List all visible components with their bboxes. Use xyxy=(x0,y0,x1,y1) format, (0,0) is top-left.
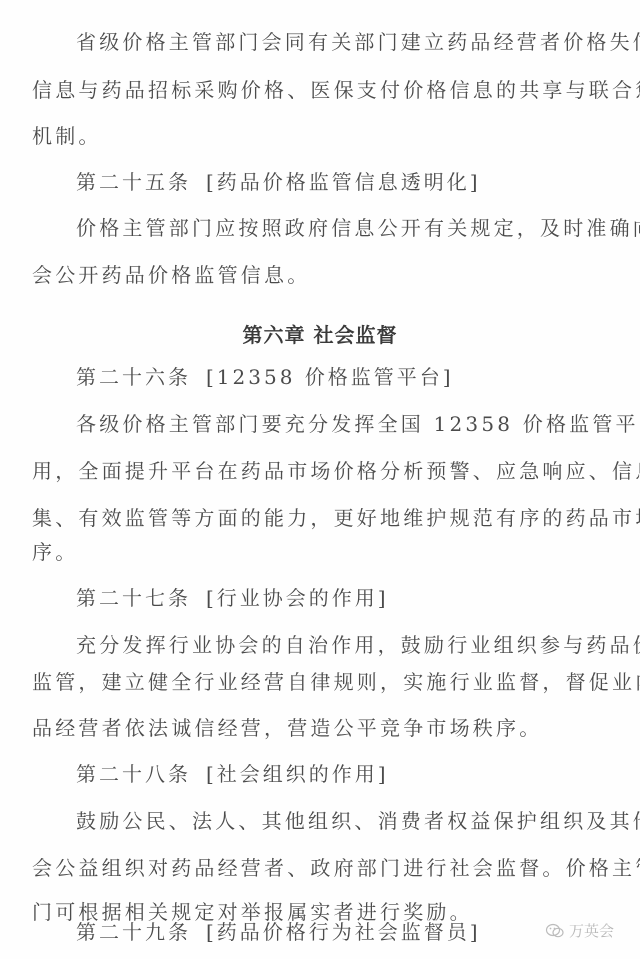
article-title: [药品价格行为社会监督员] xyxy=(206,920,481,944)
article-25-heading: 第二十五条[药品价格监管信息透明化] xyxy=(76,170,481,194)
paragraph-line: 监管，建立健全行业经营自律规则，实施行业监督，督促业内药 xyxy=(32,670,640,694)
article-27-heading: 第二十七条[行业协会的作用] xyxy=(76,586,389,610)
wechat-icon xyxy=(545,923,565,939)
article-28-heading: 第二十八条[社会组织的作用] xyxy=(76,762,389,786)
article-title: [行业协会的作用] xyxy=(206,586,389,610)
article-number: 第二十七条 xyxy=(76,586,206,610)
paragraph-line: 鼓励公民、法人、其他组织、消费者权益保护组织及其他社 xyxy=(76,809,640,833)
article-26-heading: 第二十六条[12358 价格监管平台] xyxy=(76,365,454,389)
article-number: 第二十九条 xyxy=(76,920,206,944)
paragraph-line: 品经营者依法诚信经营，营造公平竞争市场秩序。 xyxy=(32,716,542,740)
paragraph-line: 序。 xyxy=(32,540,78,564)
paragraph-line: 集、有效监管等方面的能力，更好地维护规范有序的药品市场秩 xyxy=(32,506,640,530)
paragraph-line: 会公益组织对药品经营者、政府部门进行社会监督。价格主管部 xyxy=(32,856,640,880)
paragraph-line: 充分发挥行业协会的自治作用，鼓励行业组织参与药品价格 xyxy=(76,633,640,657)
article-title: [社会组织的作用] xyxy=(206,762,389,786)
chapter-title: 第六章 社会监督 xyxy=(0,323,640,347)
paragraph-line: 机制。 xyxy=(32,124,102,148)
paragraph-line: 价格主管部门应按照政府信息公开有关规定，及时准确向社 xyxy=(76,216,640,240)
paragraph-line: 会公开药品价格监管信息。 xyxy=(32,263,310,287)
paragraph-line: 信息与药品招标采购价格、医保支付价格信息的共享与联合惩戒 xyxy=(32,78,640,102)
article-title: [12358 价格监管平台] xyxy=(206,365,454,389)
document-page: 省级价格主管部门会同有关部门建立药品经营者价格失信 信息与药品招标采购价格、医保… xyxy=(0,0,640,959)
watermark-text: 万英会 xyxy=(569,920,614,941)
watermark: 万英会 xyxy=(545,920,614,941)
paragraph-line: 各级价格主管部门要充分发挥全国 12358 价格监管平台作 xyxy=(76,412,640,436)
paragraph-line: 省级价格主管部门会同有关部门建立药品经营者价格失信 xyxy=(76,30,640,54)
article-number: 第二十五条 xyxy=(76,170,206,194)
paragraph-line: 用，全面提升平台在药品市场价格分析预警、应急响应、信息收 xyxy=(32,459,640,483)
article-29-heading: 第二十九条[药品价格行为社会监督员] xyxy=(76,920,481,944)
article-number: 第二十六条 xyxy=(76,365,206,389)
article-number: 第二十八条 xyxy=(76,762,206,786)
article-title: [药品价格监管信息透明化] xyxy=(206,170,481,194)
